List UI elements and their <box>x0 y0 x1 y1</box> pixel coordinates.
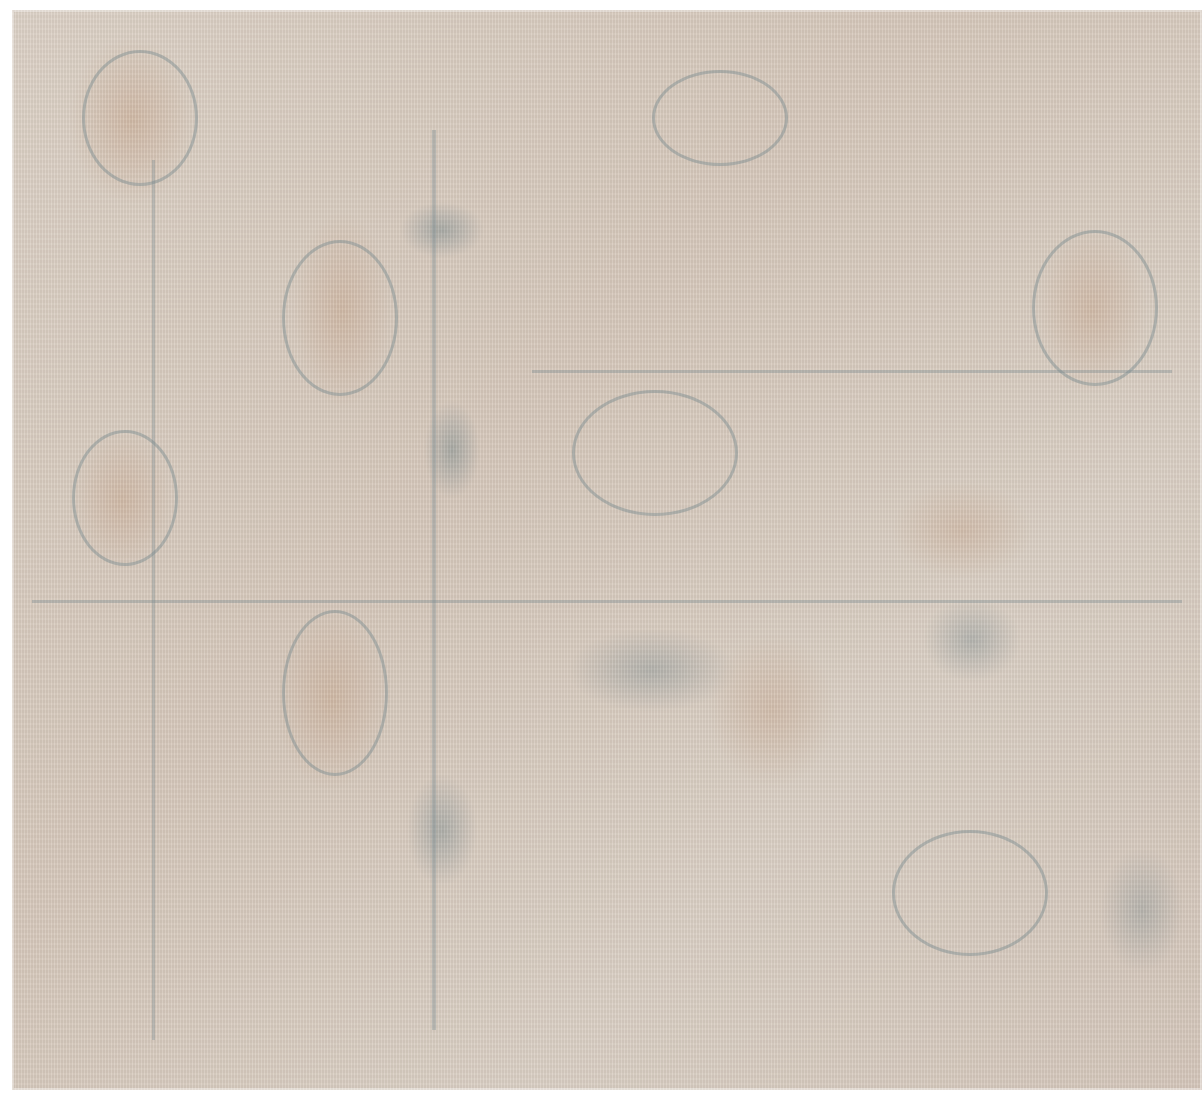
rug-medallion-motif <box>82 50 198 186</box>
rug-medallion-motif <box>892 830 1048 956</box>
rug-vine-line <box>432 130 436 1030</box>
rug-photo <box>12 10 1202 1090</box>
rug-medallion-motif <box>1032 230 1158 386</box>
rug-vine-line <box>532 370 1172 373</box>
rug-medallion-motif <box>72 430 178 566</box>
rug-vine-line <box>32 600 1182 603</box>
rug-medallion-motif <box>572 390 738 516</box>
rug-medallion-motif <box>282 240 398 396</box>
rug-medallion-motif <box>652 70 788 166</box>
rug-medallion-motif <box>282 610 388 776</box>
